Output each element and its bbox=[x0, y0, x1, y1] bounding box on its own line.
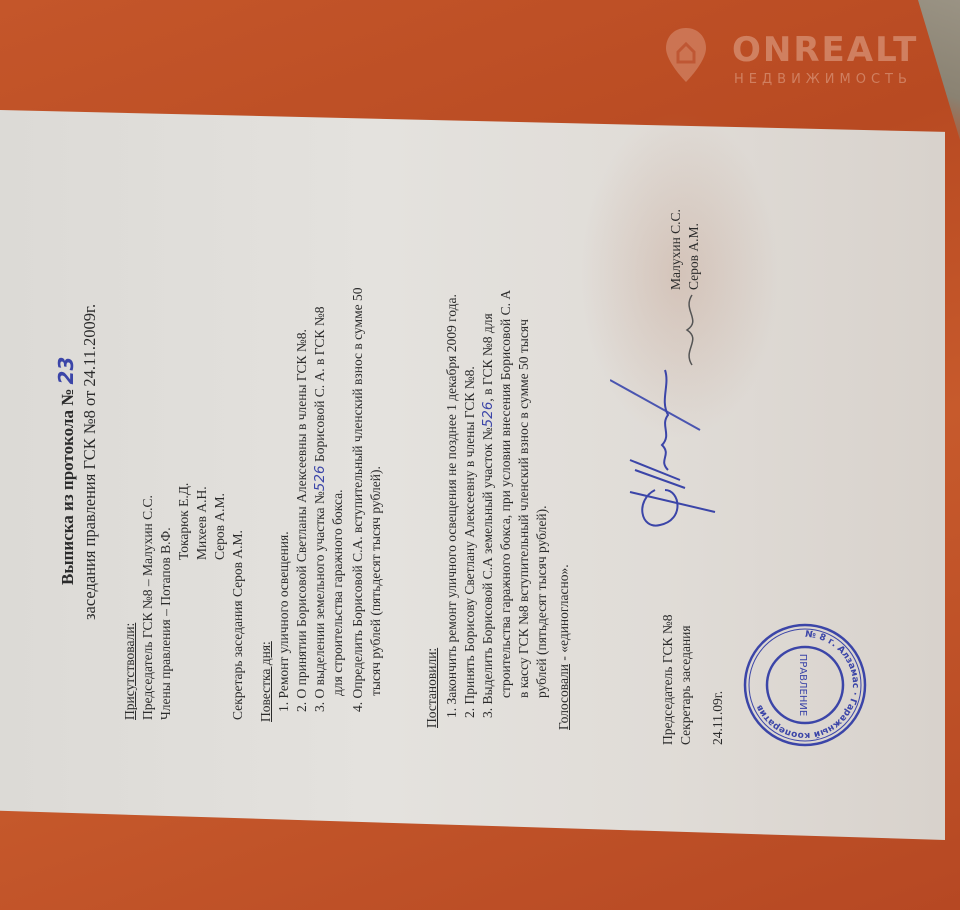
plot-number: 526 bbox=[312, 465, 328, 491]
chairman-line: Председатель ГСК №8 – Малухин С.С. bbox=[140, 495, 156, 720]
agenda-item-tail: Борисовой С. А. в ГСК №8 bbox=[312, 307, 327, 466]
agenda-item: 1. Ремонт уличного освещения. bbox=[276, 531, 292, 712]
secretary-signature bbox=[672, 290, 712, 370]
plot-number: 526 bbox=[480, 402, 496, 428]
vote-value: - «единогласно». bbox=[556, 564, 571, 664]
resolution-cont: строительства гаражного бокса, при услов… bbox=[498, 290, 514, 698]
chairman-signature bbox=[610, 340, 730, 550]
secretary-role: Секретарь заседания bbox=[678, 625, 694, 745]
resolution-cont: рублей (пятьдесят тысяч рублей). bbox=[534, 505, 550, 698]
chairman-role: Председатель ГСК №8 bbox=[660, 615, 676, 745]
present-heading: Присутствовали: bbox=[122, 623, 138, 720]
round-stamp: ПРАВЛЕНИЕ № 8 г. Алзамас · Гаражный кооп… bbox=[740, 620, 870, 750]
agenda-item-cont: для строительства гаражного бокса. bbox=[330, 490, 346, 696]
watermark-subtitle: НЕДВИЖИМОСТЬ bbox=[734, 72, 912, 87]
watermark: ONREALT НЕДВИЖИМОСТЬ bbox=[660, 22, 960, 92]
chairman-name: Малухин С.С. bbox=[668, 209, 684, 290]
protocol-number: 23 bbox=[54, 357, 78, 385]
board-line: Члены правления – Потапов В.Ф. bbox=[158, 527, 174, 720]
resolution-item: 3. Выделить Борисовой С.А земельный учас… bbox=[480, 313, 496, 718]
agenda-item-cont: тысяч рублей (пятьдесят тысяч рублей). bbox=[368, 466, 384, 696]
agenda-item-text: 3. О выделении земельного участка № bbox=[312, 491, 327, 712]
resolution-item-text: 3. Выделить Борисовой С.А земельный учас… bbox=[480, 427, 495, 718]
resolution-cont: в кассу ГСК №8 вступительный членский вз… bbox=[516, 319, 532, 698]
document-title: Выписка из протокола № 23 bbox=[54, 357, 78, 585]
secretary-line: Секретарь заседания Серов А.М. bbox=[230, 530, 246, 720]
board-member: Михеев А.Н. bbox=[194, 486, 210, 560]
title-text: Выписка из протокола № bbox=[58, 389, 77, 585]
resolved-heading: Постановили: bbox=[424, 648, 440, 728]
board-member: Серов А.М. bbox=[212, 493, 228, 560]
secretary-name: Серов А.М. bbox=[686, 223, 702, 290]
resolution-item: 1. Закончить ремонт уличного освещения н… bbox=[444, 294, 460, 718]
vote-label: Голосовали bbox=[556, 664, 571, 730]
agenda-item: 3. О выделении земельного участка №526 Б… bbox=[312, 307, 328, 712]
document-subtitle: заседания правления ГСК №8 от 24.11.2009… bbox=[80, 304, 100, 620]
resolution-item: 2. Принять Борисову Светлану Алексеевну … bbox=[462, 366, 478, 718]
agenda-item: 4. Определить Борисовой С.А. вступительн… bbox=[350, 288, 366, 713]
resolution-item-tail: , в ГСК №8 для bbox=[480, 313, 495, 401]
signature-date: 24.11.09г. bbox=[710, 691, 726, 745]
board-member: Токарюк Е.Д. bbox=[176, 483, 192, 560]
agenda-heading: Повестка дня: bbox=[258, 641, 274, 722]
agenda-item: 2. О принятии Борисовой Светланы Алексее… bbox=[294, 329, 310, 712]
vote-line: Голосовали - «единогласно». bbox=[556, 564, 572, 730]
watermark-brand: ONREALT bbox=[732, 30, 918, 70]
house-pin-icon bbox=[664, 26, 708, 84]
svg-text:ПРАВЛЕНИЕ: ПРАВЛЕНИЕ bbox=[797, 654, 808, 716]
